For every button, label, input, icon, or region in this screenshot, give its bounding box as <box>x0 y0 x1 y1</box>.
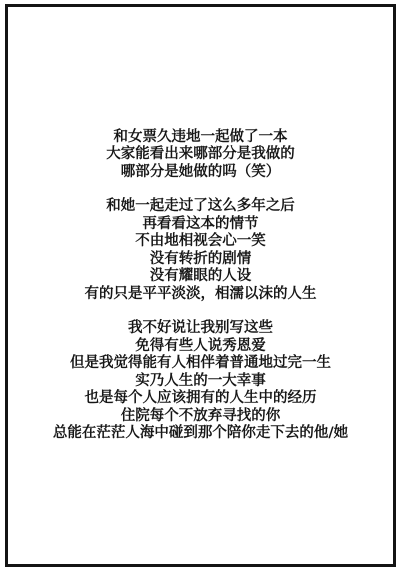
text-line: 和她一起走过了这么多年之后 <box>8 198 393 216</box>
text-line: 没有耀眼的人设 <box>8 268 393 286</box>
text-line: 总能在茫茫人海中碰到那个陪你走下去的他/她 <box>8 425 393 443</box>
paragraph-wish: 我不好说让我别写这些 免得有些人说秀恩爱 但是我觉得能有人相伴着普通地过完一生 … <box>8 320 393 443</box>
text-line: 实乃人生的一大幸事 <box>8 373 393 391</box>
text-line: 不由地相视会心一笑 <box>8 233 393 251</box>
paragraph-intro: 和女票久违地一起做了一本 大家能看出来哪部分是我做的 哪部分是她做的吗（笑） <box>8 129 393 182</box>
text-line: 但是我觉得能有人相伴着普通地过完一生 <box>8 355 393 373</box>
text-line: 再看看这本的情节 <box>8 216 393 234</box>
text-line: 住院每个不放弃寻找的你 <box>8 408 393 426</box>
page-frame: 和女票久违地一起做了一本 大家能看出来哪部分是我做的 哪部分是她做的吗（笑） 和… <box>5 4 396 567</box>
text-line: 和女票久违地一起做了一本 <box>8 129 393 147</box>
text-line: 有的只是平平淡淡，相濡以沫的人生 <box>8 286 393 304</box>
paragraph-reflection: 和她一起走过了这么多年之后 再看看这本的情节 不由地相视会心一笑 没有转折的剧情… <box>8 198 393 303</box>
text-line: 免得有些人说秀恩爱 <box>8 338 393 356</box>
text-line: 大家能看出来哪部分是我做的 <box>8 146 393 164</box>
text-line: 我不好说让我别写这些 <box>8 320 393 338</box>
text-line: 也是每个人应该拥有的人生中的经历 <box>8 390 393 408</box>
text-line: 哪部分是她做的吗（笑） <box>8 164 393 182</box>
afterword-text-block: 和女票久违地一起做了一本 大家能看出来哪部分是我做的 哪部分是她做的吗（笑） 和… <box>8 129 393 443</box>
text-line: 没有转折的剧情 <box>8 251 393 269</box>
